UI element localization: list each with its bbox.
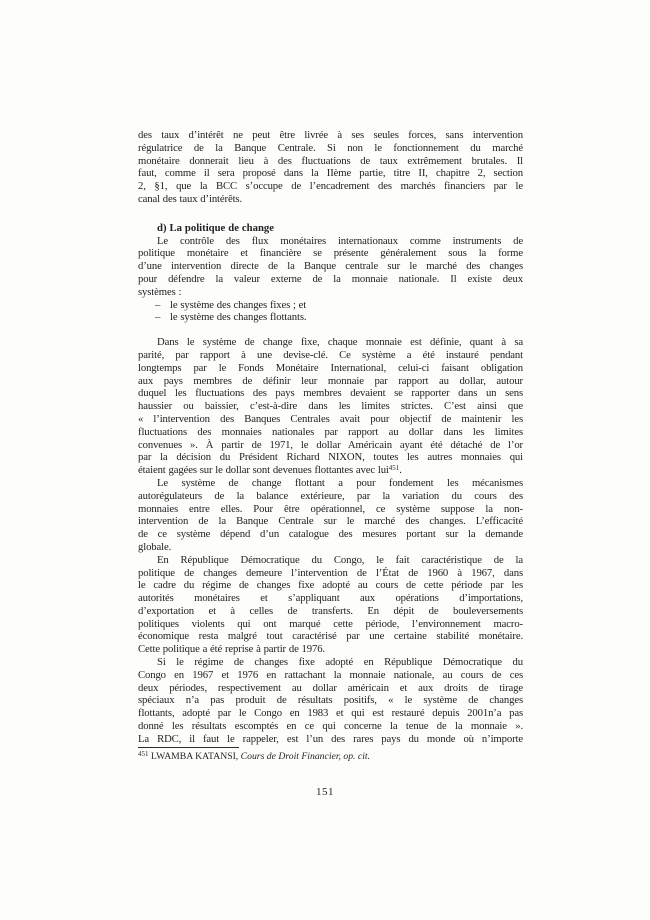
text-line: globale. [138, 541, 523, 554]
bullet-list: –le système des changes fixes ; et–le sy… [138, 299, 523, 325]
text-line: autorégulateurs de la balance extérieure… [138, 490, 523, 503]
text-line: Si le régime de changes fixe adopté en R… [138, 656, 523, 669]
text-line: des taux d’intérêt ne peut être livrée à… [138, 129, 523, 142]
text-segment: . [399, 464, 402, 476]
text-line: monnaies entre elles. Pour être opératio… [138, 503, 523, 516]
paragraph: Dans le système de change fixe, chaque m… [138, 336, 523, 477]
text-line: flottants, adopté par le Congo en 1983 e… [138, 707, 523, 720]
paragraph: Le système de change flottant a pour fon… [138, 477, 523, 554]
text-line: politique monétaire et financière se pré… [138, 247, 523, 260]
text-line: politiques violents qui ont marqué cette… [138, 618, 523, 631]
text-line: systèmes : [138, 286, 523, 299]
text-segment: Cours de Droit Financier, op. cit. [241, 751, 370, 762]
footnote-marker: 451 [138, 750, 149, 758]
text-line: faut, comme il sera proposé dans la IIèm… [138, 167, 523, 180]
text-line: parité, par rapport à une devise-clé. Ce… [138, 349, 523, 362]
text-line: par la décision du Président Richard NIX… [138, 451, 523, 464]
footnote-ref: 451 [389, 464, 400, 472]
text-line: La RDC, il faut le rappeler, est l’un de… [138, 733, 523, 746]
list-dash-icon: – [155, 299, 170, 312]
section-heading: d) La politique de change [138, 222, 523, 235]
text-line: intervention de la Banque Centrale sur l… [138, 515, 523, 528]
text-line: aux pays membres de définir leur monnaie… [138, 375, 523, 388]
text-line: spéciaux n’a pas produit de résultats po… [138, 694, 523, 707]
text-line: monétaire donnerait lieu à des fluctuati… [138, 155, 523, 168]
paragraph: Le contrôle des flux monétaires internat… [138, 235, 523, 299]
text-segment: étaient gagées sur le dollar sont devenu… [138, 464, 389, 476]
footnote-text: 451 LWAMBA KATANSI, Cours de Droit Finan… [138, 751, 523, 764]
list-item-text: le système des changes flottants. [170, 311, 306, 323]
text-line: duquel les fluctuations des pays membres… [138, 387, 523, 400]
text-segment: LWAMBA KATANSI, [149, 751, 241, 762]
text-line: économique resta malgré tout caractérisé… [138, 630, 523, 643]
list-item: –le système des changes flottants. [138, 311, 523, 324]
text-line: pour défendre la valeur externe de la mo… [138, 273, 523, 286]
text-line: autorités monétaires et s’appliquant aux… [138, 592, 523, 605]
text-line: Cette politique a été reprise à partir d… [138, 643, 523, 656]
text-line: d’exportation et à celles de transferts.… [138, 605, 523, 618]
list-item-text: le système des changes fixes ; et [170, 299, 306, 311]
text-line: régulatrice de la Banque Centrale. Si no… [138, 142, 523, 155]
list-item: –le système des changes fixes ; et [138, 299, 523, 312]
page-number: 151 [0, 786, 650, 798]
text-line: le cadre du régime de changes fixe adopt… [138, 579, 523, 592]
text-line: « l’intervention des Banques Centrales a… [138, 413, 523, 426]
text-line: étaient gagées sur le dollar sont devenu… [138, 464, 523, 477]
document-page: des taux d’intérêt ne peut être livrée à… [0, 0, 650, 920]
list-dash-icon: – [155, 311, 170, 324]
paragraph: Si le régime de changes fixe adopté en R… [138, 656, 523, 746]
text-line: Le système de change flottant a pour fon… [138, 477, 523, 490]
text-line: donné les résultats escomptés en ce qui … [138, 720, 523, 733]
paragraph: des taux d’intérêt ne peut être livrée à… [138, 129, 523, 206]
text-line: haussier ou baissier, c’est-à-dire dans … [138, 400, 523, 413]
text-line: convenues ». À partir de 1971, le dollar… [138, 439, 523, 452]
text-line: canal des taux d’intérêts. [138, 193, 523, 206]
footnote-separator-rule [138, 747, 239, 748]
paragraph: En République Démocratique du Congo, le … [138, 554, 523, 656]
text-line: En République Démocratique du Congo, le … [138, 554, 523, 567]
text-line: deux périodes, respectivement au dollar … [138, 682, 523, 695]
text-line: 2, §1, que la BCC s’occupe de l’encadrem… [138, 180, 523, 193]
text-line: fluctuations des monnaies nationales par… [138, 426, 523, 439]
text-line: Dans le système de change fixe, chaque m… [138, 336, 523, 349]
text-line: d’une intervention directe de la Banque … [138, 260, 523, 273]
text-body: des taux d’intérêt ne peut être livrée à… [138, 129, 523, 746]
footnote: 451 LWAMBA KATANSI, Cours de Droit Finan… [138, 747, 523, 764]
text-line: Le contrôle des flux monétaires internat… [138, 235, 523, 248]
text-line: Congo en 1967 et 1976 en rattachant la m… [138, 669, 523, 682]
text-line: de ce système dépend d’un catalogue des … [138, 528, 523, 541]
text-line: politique de changes demeure l’intervent… [138, 567, 523, 580]
text-line: longtemps par le Fonds Monétaire Interna… [138, 362, 523, 375]
